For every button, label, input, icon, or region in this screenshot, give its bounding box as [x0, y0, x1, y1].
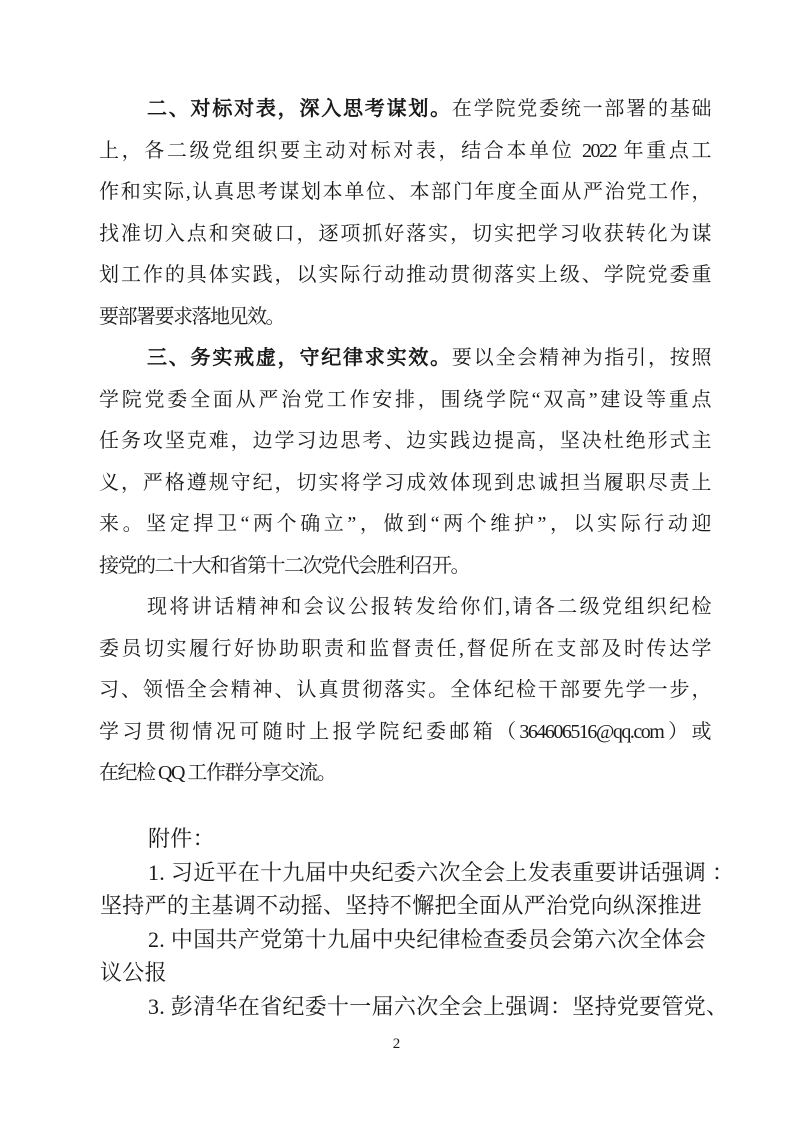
text-segment: 义，严格遵规守纪，切实将学习成效体现到忠诚担当履职尽责上 [99, 472, 710, 494]
text-line: 要部署要求落地见效。 [99, 297, 710, 339]
text-segment: 坚持严的主基调不动摇、坚持不懈把全面从严治党向纵深推进 [100, 893, 702, 918]
text-segment: 委员切实履行好协助职责和监督责任,督促所在支部及时传达学 [99, 638, 710, 660]
text-line: 1. 习近平在十九届中央纪委六次全会上发表重要讲话强调 ： [100, 856, 734, 890]
text-line: 任务攻坚克难，边学习边思考、边实践边提高，坚决杜绝形式主 [99, 421, 710, 463]
text-line: 在纪检 QQ 工作群分享交流。 [99, 753, 710, 795]
heading-segment: 二、对标对表，深入思考谋划。 [147, 98, 452, 120]
text-line: 坚持严的主基调不动摇、坚持不懈把全面从严治党向纵深推进 [100, 889, 734, 923]
text-segment: 来。坚定捍卫“两个确立”，做到“两个维护”，以实际行动迎 [99, 513, 710, 535]
text-segment: 现将讲话精神和会议公报转发给你们,请各二级党组织纪检 [147, 596, 710, 618]
text-segment: 学习贯彻情况可随时上报学院纪委邮箱（364606516@qq.com）或 [99, 721, 710, 743]
text-segment: 附件： [148, 826, 215, 851]
text-line: 三、务实戒虚，守纪律求实效。要以全会精神为指引，按照 [99, 338, 710, 380]
text-line: 委员切实履行好协助职责和监督责任,督促所在支部及时传达学 [99, 629, 710, 671]
text-line: 接党的二十大和省第十二次党代会胜利召开。 [99, 546, 710, 588]
text-line: 议公报 [100, 956, 734, 990]
text-segment: 上，各二级党组织要主动对标对表，结合本单位 2022 年重点工 [99, 140, 710, 162]
text-segment: 3. 彭清华在省纪委十一届六次全会上强调：坚持党要管党、 [148, 994, 728, 1019]
text-line: 2. 中国共产党第十九届中央纪律检查委员会第六次全体会 [100, 923, 734, 957]
page-number: 2 [0, 1036, 793, 1053]
text-segment: 习、领悟全会精神、认真贯彻落实。全体纪检干部要先学一步， [99, 679, 710, 701]
text-line: 来。坚定捍卫“两个确立”，做到“两个维护”，以实际行动迎 [99, 504, 710, 546]
text-segment: 作和实际,认真思考谋划本单位、本部门年度全面从严治党工作， [99, 181, 710, 203]
text-segment: 议公报 [100, 960, 167, 985]
text-segment: 在纪检 QQ 工作群分享交流。 [99, 762, 335, 784]
attachment-list: 附件：1. 习近平在十九届中央纪委六次全会上发表重要讲话强调 ：坚持严的主基调不… [100, 822, 734, 1023]
text-line: 划工作的具体实践，以实际行动推动贯彻落实上级、学院党委重 [99, 255, 710, 297]
text-line: 学习贯彻情况可随时上报学院纪委邮箱（364606516@qq.com）或 [99, 712, 710, 754]
text-line: 习、领悟全会精神、认真贯彻落实。全体纪检干部要先学一步， [99, 670, 710, 712]
text-segment: 学院党委全面从严治党工作安排，围绕学院“双高”建设等重点 [99, 389, 710, 411]
heading-segment: 三、务实戒虚，守纪律求实效。 [147, 347, 452, 369]
text-segment: 要以全会精神为指引，按照 [452, 347, 710, 369]
text-segment: 划工作的具体实践，以实际行动推动贯彻落实上级、学院党委重 [99, 264, 710, 286]
text-line: 学院党委全面从严治党工作安排，围绕学院“双高”建设等重点 [99, 380, 710, 422]
text-line: 上，各二级党组织要主动对标对表，结合本单位 2022 年重点工 [99, 131, 710, 173]
text-segment: 要部署要求落地见效。 [99, 306, 284, 328]
text-segment: 在学院党委统一部署的基础 [452, 98, 710, 120]
text-segment: 2. 中国共产党第十九届中央纪律检查委员会第六次全体会 [148, 927, 706, 952]
text-segment: 任务攻坚克难，边学习边思考、边实践边提高，坚决杜绝形式主 [99, 430, 710, 452]
text-line: 3. 彭清华在省纪委十一届六次全会上强调：坚持党要管党、 [100, 990, 734, 1024]
text-segment: 找准切入点和突破口，逐项抓好落实，切实把学习收获转化为谋 [99, 223, 710, 245]
text-line: 附件： [100, 822, 734, 856]
document-page: 二、对标对表，深入思考谋划。在学院党委统一部署的基础上，各二级党组织要主动对标对… [0, 0, 793, 1122]
text-line: 二、对标对表，深入思考谋划。在学院党委统一部署的基础 [99, 89, 710, 131]
text-line: 找准切入点和突破口，逐项抓好落实，切实把学习收获转化为谋 [99, 214, 710, 256]
text-line: 作和实际,认真思考谋划本单位、本部门年度全面从严治党工作， [99, 172, 710, 214]
document-body: 二、对标对表，深入思考谋划。在学院党委统一部署的基础上，各二级党组织要主动对标对… [99, 89, 710, 795]
text-line: 现将讲话精神和会议公报转发给你们,请各二级党组织纪检 [99, 587, 710, 629]
text-segment: 1. 习近平在十九届中央纪委六次全会上发表重要讲话强调 ： [148, 860, 734, 885]
text-segment: 接党的二十大和省第十二次党代会胜利召开。 [99, 555, 469, 577]
text-line: 义，严格遵规守纪，切实将学习成效体现到忠诚担当履职尽责上 [99, 463, 710, 505]
